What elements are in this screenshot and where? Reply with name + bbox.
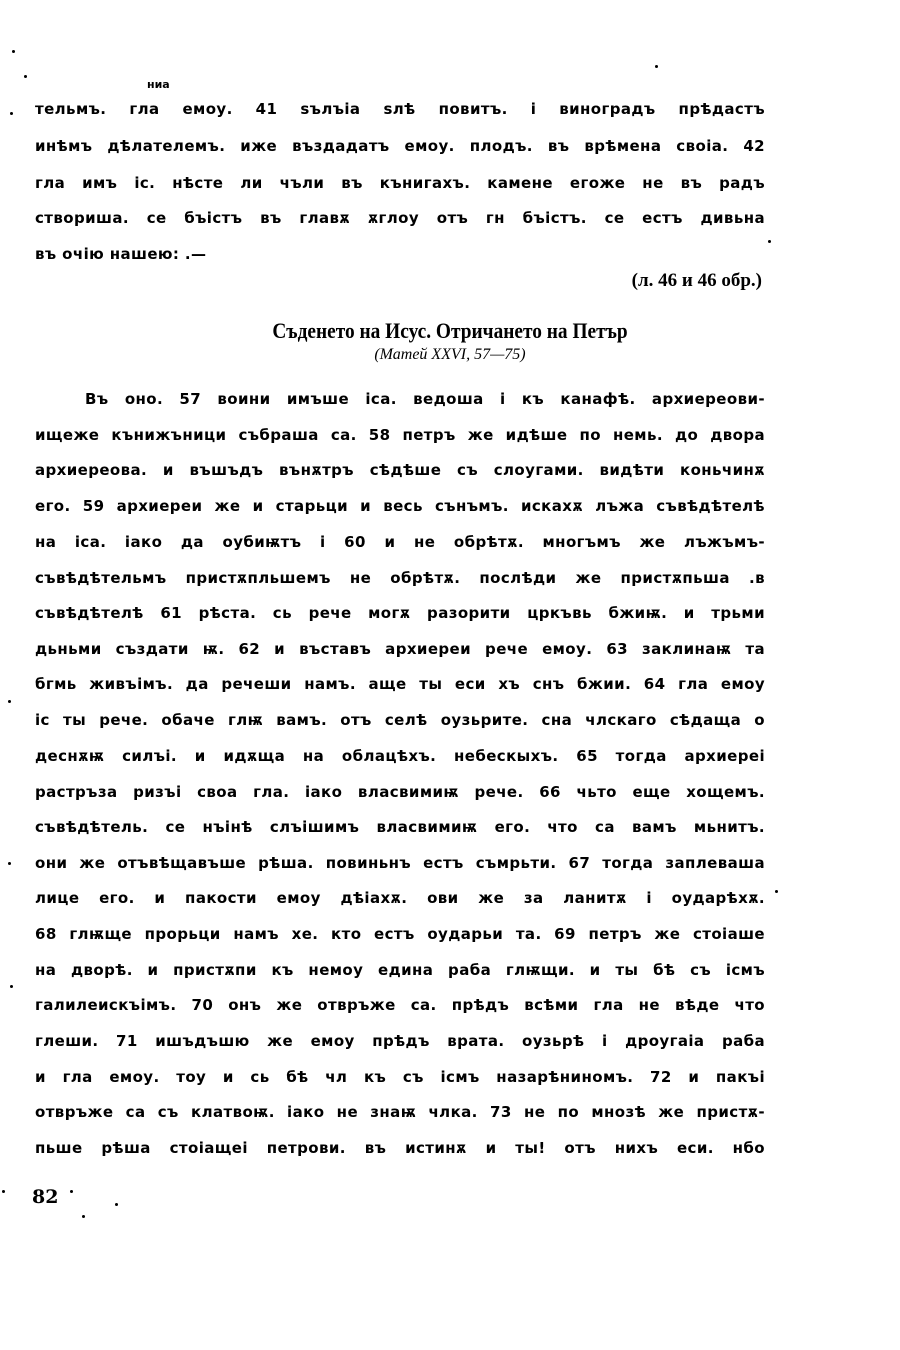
text-line: Въ оно. 57 воини имъше іса. ведоша і къ … [85, 390, 765, 408]
text-line: отвръже са съ клатвоѭ. іако не знаѭ члка… [35, 1103, 765, 1121]
scan-speck [70, 1190, 73, 1193]
superscript-marker: ниа [147, 78, 170, 91]
text-line: съвѣдѣтель. се нъінѣ слъішимъ власвимиѭ … [35, 818, 765, 836]
scan-speck [775, 890, 778, 893]
section-heading: Съденето на Исус. Отричането на Петър [54, 318, 846, 344]
text-line: пьше рѣша стоіащеі петрови. въ истинѫ и … [35, 1139, 765, 1157]
scan-speck [82, 1215, 85, 1218]
text-line: на іса. іако да оубиѭтъ і 60 и не обрѣтѫ… [35, 533, 765, 551]
text-line: его. 59 архиереи же и старьци и весь сън… [35, 497, 765, 515]
text-line: галилеискъімъ. 70 онъ же отвръже са. прѣ… [35, 996, 765, 1014]
scan-speck [2, 1190, 5, 1193]
text-line: съвѣдѣтельмъ пристѫпльшемъ не обрѣтѫ. по… [35, 569, 765, 587]
text-line: лице его. и пакости емоу дѣіахѫ. ови же … [35, 889, 765, 907]
text-line: 68 глѭще прорьци намъ хе. кто естъ оудар… [35, 925, 765, 943]
text-line: на дворѣ. и пристѫпи къ немоу едина раба… [35, 961, 765, 979]
scan-speck [8, 862, 11, 865]
scan-speck [768, 240, 771, 243]
text-line: глеши. 71 ишъдъшю же емоу прѣдъ врата. о… [35, 1032, 765, 1050]
text-line: растръза ризъі своа гла. іако власвимиѭ … [35, 783, 765, 801]
scan-speck [8, 700, 11, 703]
scan-speck [655, 65, 658, 68]
scan-speck [12, 50, 15, 53]
text-line: створиша. се бъістъ въ главѫ ѫглоу отъ г… [35, 209, 765, 227]
text-line: бгмь живъімъ. да речеши намъ. аще ты еси… [35, 675, 765, 693]
section-subheading: (Матей XXVI, 57—75) [0, 346, 900, 364]
document-page: ниа тельмъ. гла емоу. 41 ѕълъіа ѕлѣ пови… [0, 0, 900, 1350]
text-line: въ очію нашею: .— [35, 245, 765, 263]
scan-speck [10, 112, 13, 115]
text-line: инѣмъ дѣлателемъ. иже въздадатъ емоу. пл… [35, 137, 765, 155]
folio-citation: (л. 46 и 46 обр.) [632, 270, 762, 292]
scan-speck [10, 985, 13, 988]
text-line: и гла емоу. тоу и сь бѣ чл къ съ ісмъ на… [35, 1068, 765, 1086]
text-line: дьньми създати ѭ. 62 и въставъ архиереи … [35, 640, 765, 658]
text-line: ищеже кънижъници събраша са. 58 петръ же… [35, 426, 765, 444]
text-line: іс ты рече. обаче глѭ вамъ. отъ селѣ оуз… [35, 711, 765, 729]
text-line: гла имъ іс. нѣсте ли чъли въ кънигахъ. к… [35, 174, 765, 192]
scan-speck [24, 75, 27, 78]
text-line: архиереова. и въшъдъ вънѫтръ сѣдѣше съ с… [35, 461, 765, 479]
scan-speck [115, 1203, 118, 1206]
page-number: 82 [32, 1186, 58, 1208]
text-line: деснѫѭ силъі. и идѫща на облацѣхъ. небес… [35, 747, 765, 765]
text-line: съвѣдѣтелѣ 61 рѣста. сь рече могѫ разори… [35, 604, 765, 622]
text-line: тельмъ. гла емоу. 41 ѕълъіа ѕлѣ повитъ. … [35, 100, 765, 118]
text-line: они же отъвѣщавъше рѣша. повиньнъ естъ с… [35, 854, 765, 872]
